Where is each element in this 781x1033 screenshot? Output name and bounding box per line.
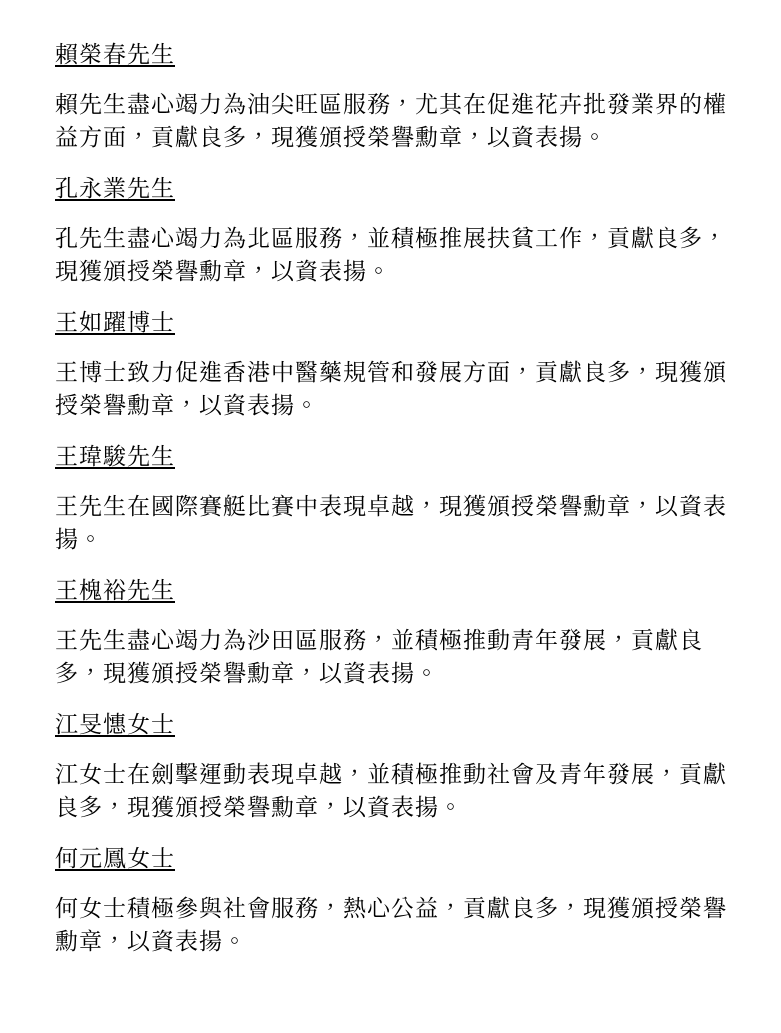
honouree-section: 王槐裕先生 王先生盡心竭力為沙田區服務，並積極推動青年發展，貢獻良 多，現獲頒授… (55, 574, 755, 690)
citation-paragraph: 江女士在劍擊運動表現卓越，並積極推動社會及青年發展，貢獻 良多，現獲頒授榮譽勳章… (55, 758, 755, 824)
honouree-name: 何元鳳女士 (55, 842, 755, 875)
honouree-section: 王如躍博士 王博士致力促進香港中醫藥規管和發展方面，貢獻良多，現獲頒 授榮譽勳章… (55, 306, 755, 422)
honouree-name: 王如躍博士 (55, 306, 755, 339)
honouree-section: 何元鳳女士 何女士積極參與社會服務，熱心公益，貢獻良多，現獲頒授榮譽 勳章，以資… (55, 842, 755, 958)
citation-paragraph: 何女士積極參與社會服務，熱心公益，貢獻良多，現獲頒授榮譽 勳章，以資表揚。 (55, 892, 755, 958)
honouree-section: 孔永業先生 孔先生盡心竭力為北區服務，並積極推展扶貧工作，貢獻良多， 現獲頒授榮… (55, 172, 755, 288)
honouree-name: 王瑋駿先生 (55, 440, 755, 473)
honouree-name: 孔永業先生 (55, 172, 755, 205)
honouree-name: 賴榮春先生 (55, 38, 755, 71)
citation-paragraph: 王先生在國際賽艇比賽中表現卓越，現獲頒授榮譽勳章，以資表 揚。 (55, 490, 755, 556)
honouree-section: 賴榮春先生 賴先生盡心竭力為油尖旺區服務，尤其在促進花卉批發業界的權 益方面，貢… (55, 38, 755, 154)
honouree-name: 江旻憓女士 (55, 708, 755, 741)
honouree-section: 王瑋駿先生 王先生在國際賽艇比賽中表現卓越，現獲頒授榮譽勳章，以資表 揚。 (55, 440, 755, 556)
honouree-name: 王槐裕先生 (55, 574, 755, 607)
citation-document: 賴榮春先生 賴先生盡心竭力為油尖旺區服務，尤其在促進花卉批發業界的權 益方面，貢… (0, 0, 755, 958)
citation-paragraph: 孔先生盡心竭力為北區服務，並積極推展扶貧工作，貢獻良多， 現獲頒授榮譽勳章，以資… (55, 222, 755, 288)
citation-paragraph: 王博士致力促進香港中醫藥規管和發展方面，貢獻良多，現獲頒 授榮譽勳章，以資表揚。 (55, 356, 755, 422)
honouree-section: 江旻憓女士 江女士在劍擊運動表現卓越，並積極推動社會及青年發展，貢獻 良多，現獲… (55, 708, 755, 824)
citation-paragraph: 王先生盡心竭力為沙田區服務，並積極推動青年發展，貢獻良 多，現獲頒授榮譽勳章，以… (55, 624, 755, 690)
citation-paragraph: 賴先生盡心竭力為油尖旺區服務，尤其在促進花卉批發業界的權 益方面，貢獻良多，現獲… (55, 88, 755, 154)
